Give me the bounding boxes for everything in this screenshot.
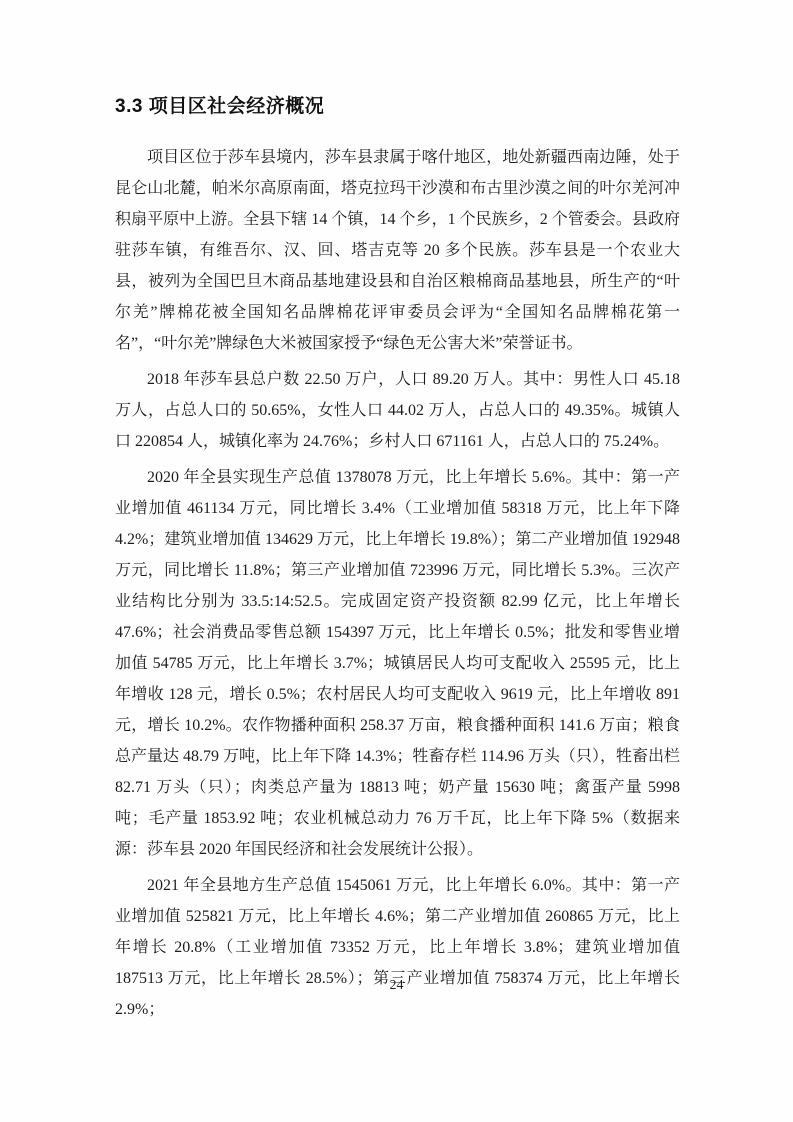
document-page: 3.3 项目区社会经济概况 项目区位于莎车县境内，莎车县隶属于喀什地区，地处新疆… (0, 0, 793, 1122)
page-number: 24 (0, 978, 793, 994)
section-heading: 3.3 项目区社会经济概况 (115, 93, 680, 121)
paragraph-2018-population: 2018 年莎车县总户数 22.50 万户，人口 89.20 万人。其中：男性人… (115, 364, 680, 457)
paragraph-2020-economy: 2020 年全县实现生产总值 1378078 万元，比上年增长 5.6%。其中：… (115, 462, 680, 865)
paragraph-location-overview: 项目区位于莎车县境内，莎车县隶属于喀什地区，地处新疆西南边陲，处于昆仑山北麓，帕… (115, 142, 680, 359)
paragraph-2021-economy: 2021 年全县地方生产总值 1545061 万元，比上年增长 6.0%。其中：… (115, 870, 680, 1025)
